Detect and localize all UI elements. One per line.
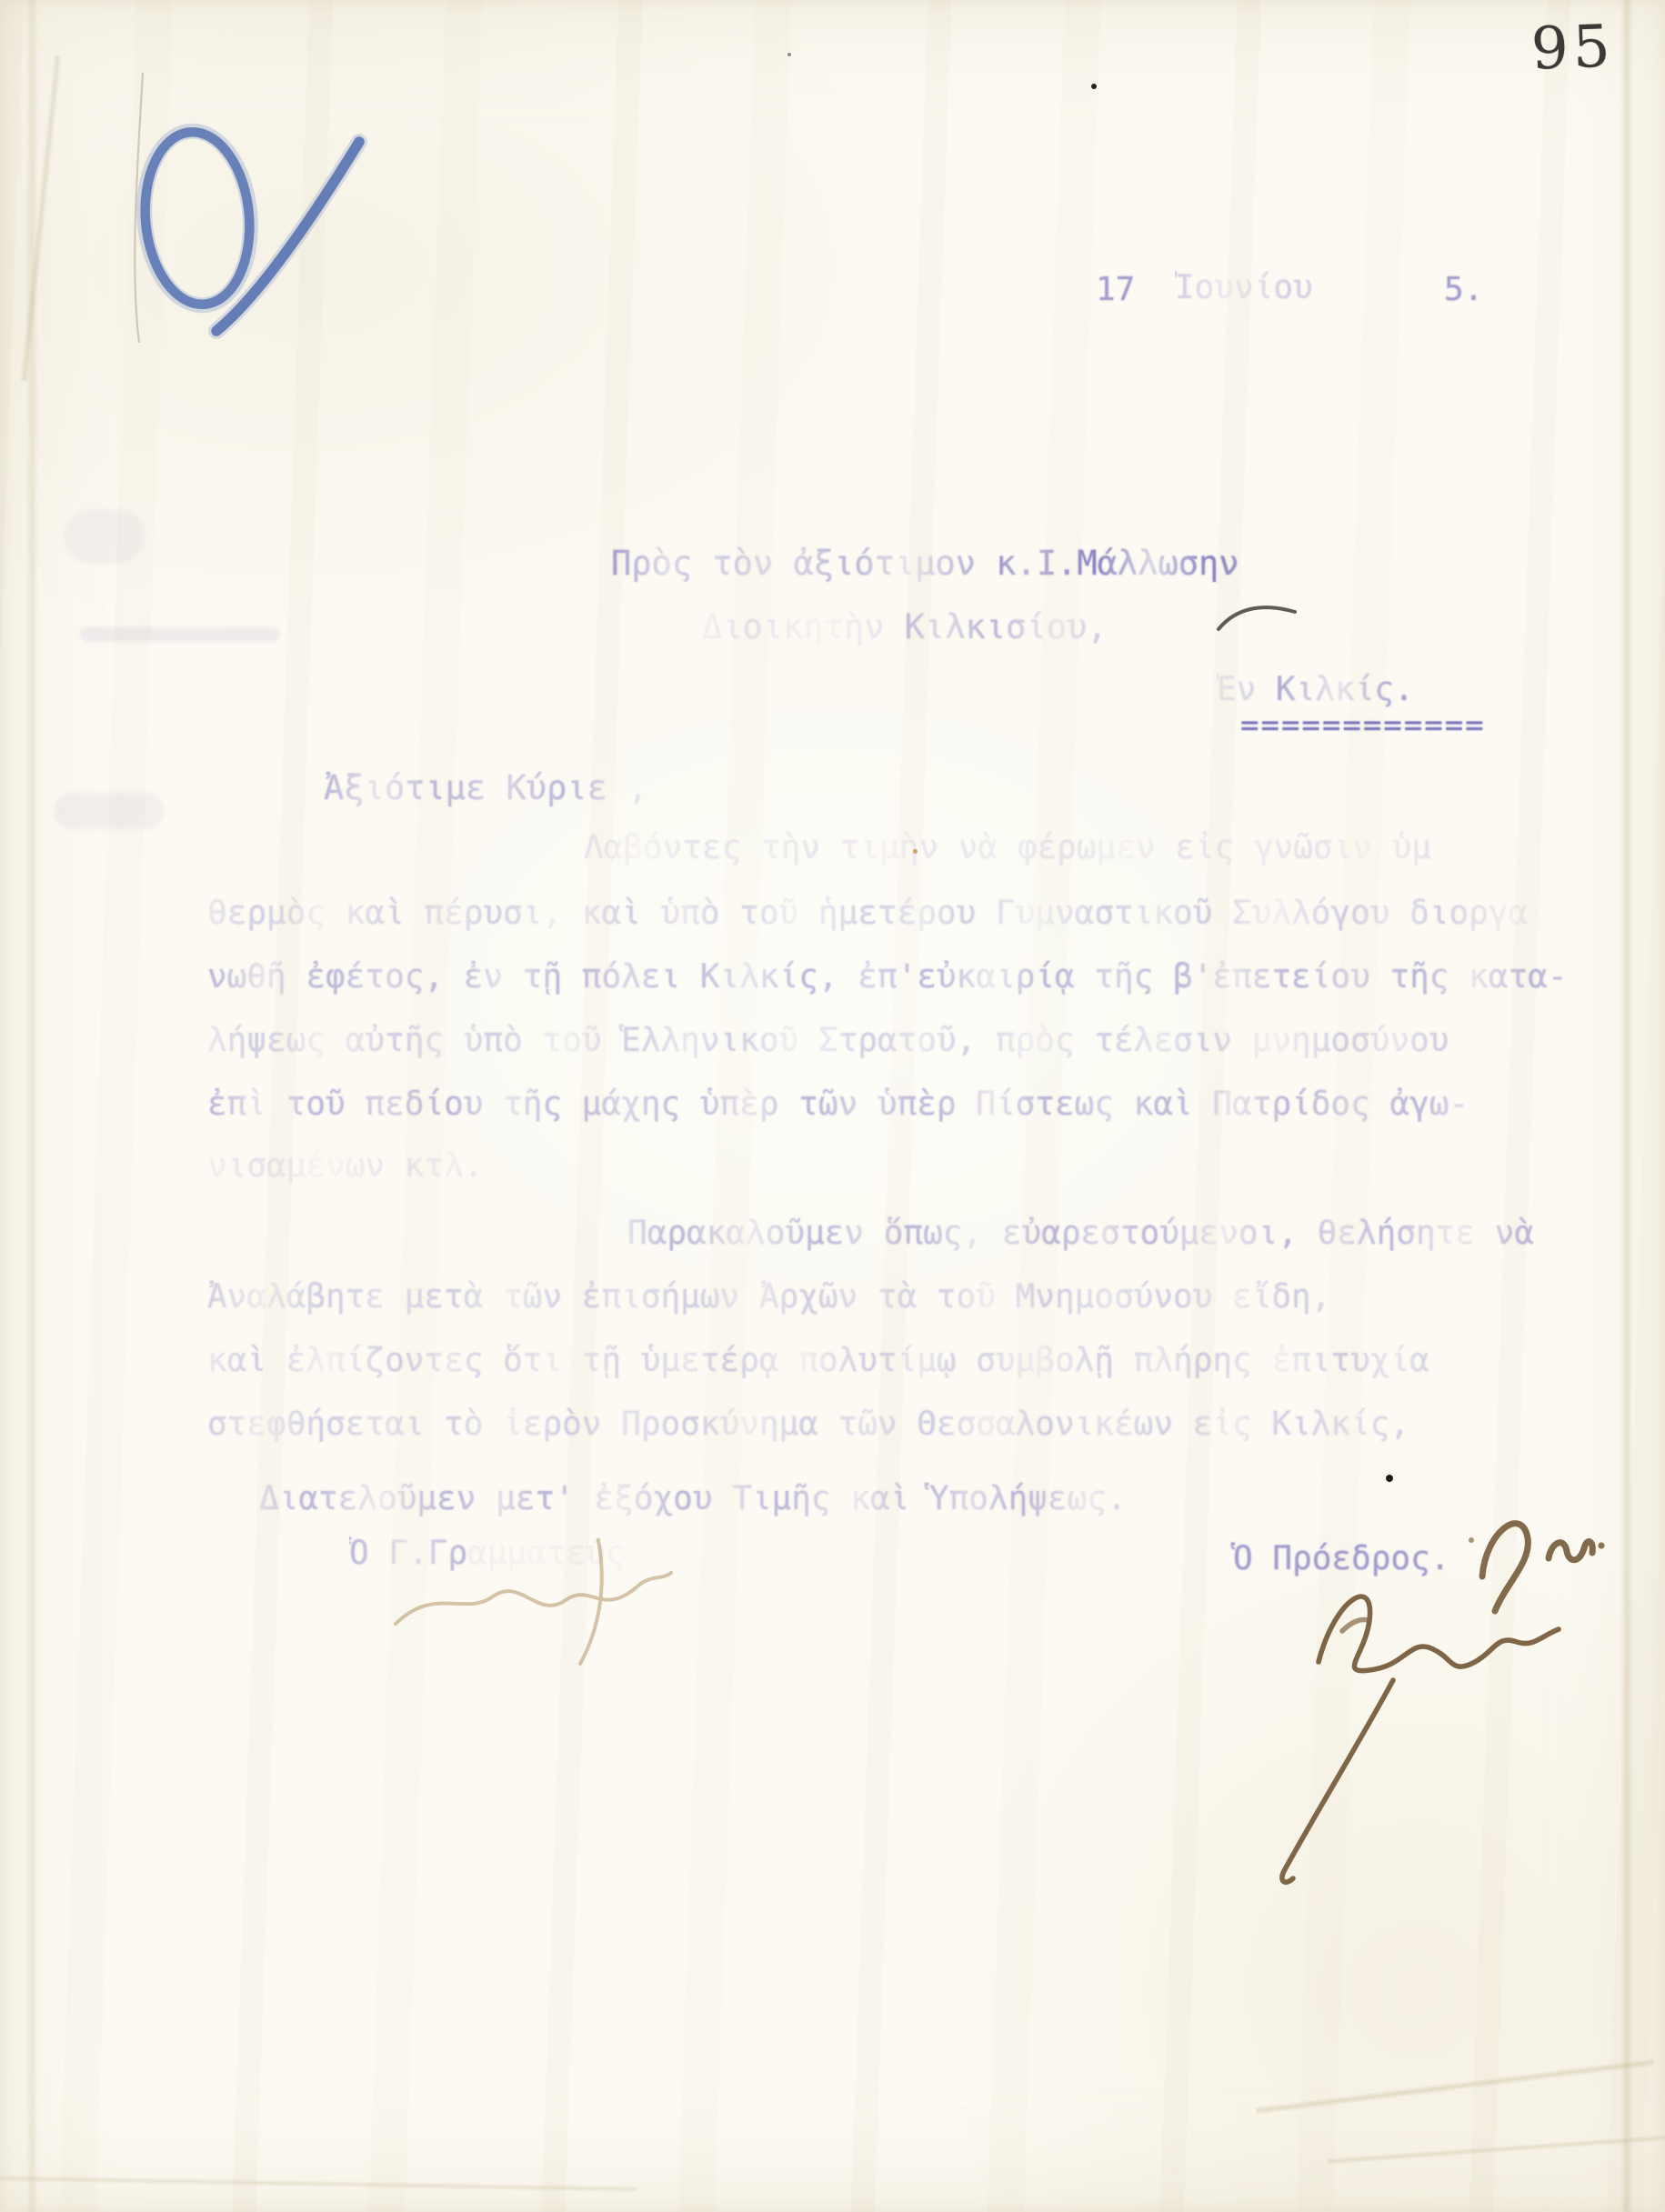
blue-crayon-circle-check-mark [86,65,391,365]
body-line: Λαβόντες τὴν τιμὴν νὰ φέρωμεν εἰς γνῶσιν… [584,829,1431,866]
body-line: νισαμένων κτλ. [207,1147,483,1185]
body-line: λήψεως αὐτῆς ὑπὸ τοῦ Ἑλληνικοῦ Στρατοῦ, … [207,1022,1449,1059]
paper-fold-left-edge [25,0,38,2212]
salutation: Ἀξιότιμε Κύριε , [324,768,647,807]
bleed-through-smudge [55,793,164,829]
page-number: 95 [1530,13,1616,83]
ink-speck [1091,84,1097,89]
black-pen-dash [1215,598,1302,640]
ink-speck [1386,1475,1393,1482]
place-line: Ἐν Κιλκίς. [1217,671,1414,708]
paper-crease [1328,2134,1665,2165]
ink-speck [787,53,791,56]
recipient-line-1: Πρὸς τὸν ἀξιότιμον κ.Ι.Μάλλωσην [611,544,1239,583]
body-line: θερμὸς καὶ πέρυσι, καὶ ὑπὸ τοῦ ἡμετέρου … [207,895,1528,932]
president-signature-handwriting [1182,1551,1610,1915]
paper-crease [0,2175,637,2193]
body-line: Ἀναλάβητε μετὰ τῶν ἐπισήμων Ἀρχῶν τὰ τοῦ… [207,1278,1330,1316]
bleed-through-smudge [80,627,280,642]
body-line: καὶ ἐλπίζοντες ὅτι τῇ ὑμετέρᾳ πολυτίμῳ σ… [207,1342,1429,1379]
place-underline: ============ [1240,707,1486,744]
date-year: 5. [1444,271,1483,308]
body-line: στεφθήσεται τὸ ἱερὸν Προσκύνημα τῶν Θεσσ… [207,1406,1409,1443]
body-line: ἐπὶ τοῦ πεδίου τῆς μάχης ὑπὲρ τῶν ὑπὲρ Π… [207,1086,1469,1123]
recipient-line-2: Διοικητὴν Κιλκισίου, [702,607,1108,646]
date-month: Ἰουνίου [1175,269,1313,306]
secretary-signature-handwriting [382,1533,691,1683]
date-day: 17 [1096,271,1135,308]
foxing-speck [913,849,918,854]
paper-fold-right-edge [1620,0,1633,2212]
closing-line: Διατελοῦμεν μετ' ἐξόχου Τιμῆς καὶ Ὑπολήψ… [259,1480,1127,1517]
bleed-through-smudge [64,509,145,564]
body-line: νωθῆ ἐφέτος, ἐν τῇ πόλει Κιλκίς, ἐπ'εὐκα… [207,958,1568,996]
paper-crease [1256,2057,1654,2116]
scanned-letter-page: 95 17 Ἰουνίου 5. Πρὸς τὸν ἀξιότιμον κ.Ι.… [0,0,1665,2212]
body-line: Παρακαλοῦμεν ὅπως, εὐαρεστούμενοι, θελήσ… [627,1215,1534,1252]
